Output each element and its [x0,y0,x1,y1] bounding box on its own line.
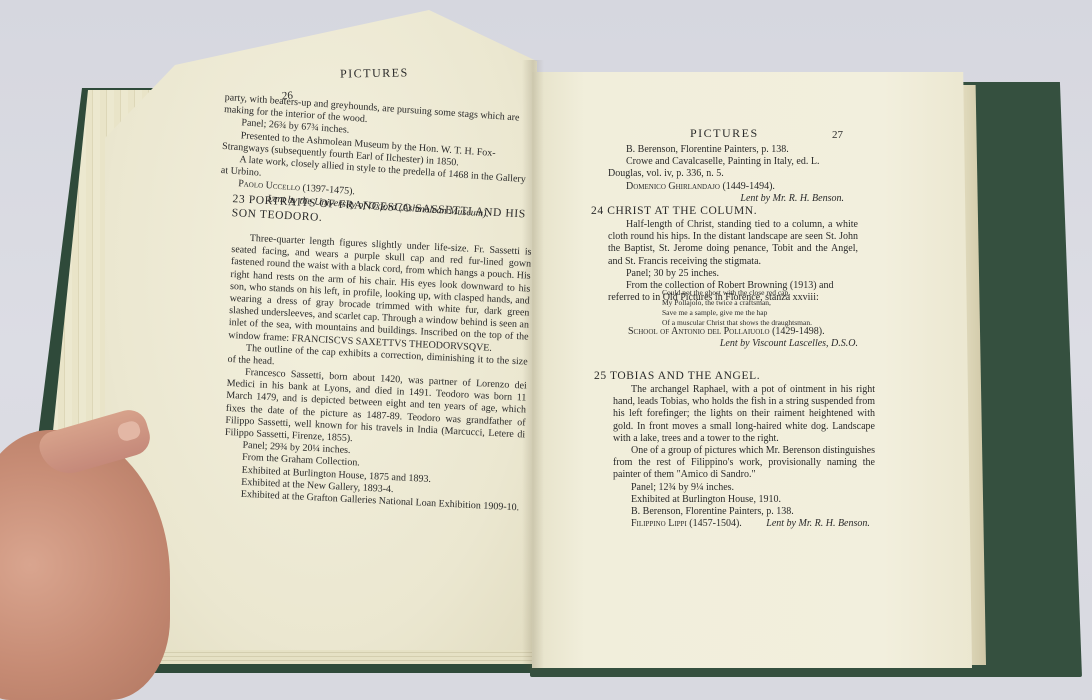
entry-paragraph: The archangel Raphael, with a pot of oin… [613,384,875,445]
entry-paragraph: Three-quarter length figures slightly un… [228,232,531,356]
verse-line: Save me a sample, give me the hap [662,308,862,318]
entry-title-text: TOBIAS AND THE ANGEL. [610,370,760,382]
entry-detail: Exhibited at Burlington House, 1910. [613,494,875,506]
entry-number: 23 [232,193,245,206]
entry-detail: Panel; 12¾ by 9¼ inches. [613,482,875,494]
right-continuation: B. Berenson, Florentine Painters, p. 138… [608,144,844,205]
entry-23-body: Three-quarter length figures slightly un… [223,232,532,515]
right-folio: 27 [832,129,843,142]
entry-paragraph: Half-length of Christ, standing tied to … [608,219,858,268]
lender-line: Lent by Mr. R. H. Benson. [766,518,870,529]
artist-attribution: School of Antonio del Pollaiuolo (1429-1… [628,326,858,338]
entry-number: 25 [594,370,607,382]
continuation-line: Crowe and Cavalcaselle, Painting in Ital… [608,156,844,180]
browning-verse: Could not the ghost with the close red c… [662,288,862,329]
artist-attribution: Filippino Lippi (1457-1504). [631,518,742,529]
verse-line: My Pollajolo, the twice a craftsman, [662,298,862,308]
left-running-head: PICTURES [340,65,409,81]
entry-25-title: 25 TOBIAS AND THE ANGEL. [594,369,760,383]
entry-25-body: The archangel Raphael, with a pot of oin… [613,384,875,530]
entry-24-title: 24 CHRIST AT THE COLUMN. [591,204,757,218]
continuation-line: B. Berenson, Florentine Painters, p. 138… [608,144,844,156]
entry-title-text: CHRIST AT THE COLUMN. [607,205,757,217]
entry-number: 24 [591,205,604,217]
entry-detail: Panel; 30 by 25 inches. [608,268,858,280]
entry-24-footer: School of Antonio del Pollaiuolo (1429-1… [628,326,858,350]
entry-detail: B. Berenson, Florentine Painters, p. 138… [613,506,875,518]
lender-line: Lent by Viscount Lascelles, D.S.O. [628,338,858,350]
entry-paragraph: One of a group of pictures which Mr. Ber… [613,445,875,482]
right-running-head: PICTURES [690,126,759,141]
verse-line: Could not the ghost with the close red c… [662,288,862,298]
artist-attribution: Domenico Ghirlandajo (1449-1494). [608,181,844,193]
attribution-line: Filippino Lippi (1457-1504). Lent by Mr.… [613,518,875,530]
